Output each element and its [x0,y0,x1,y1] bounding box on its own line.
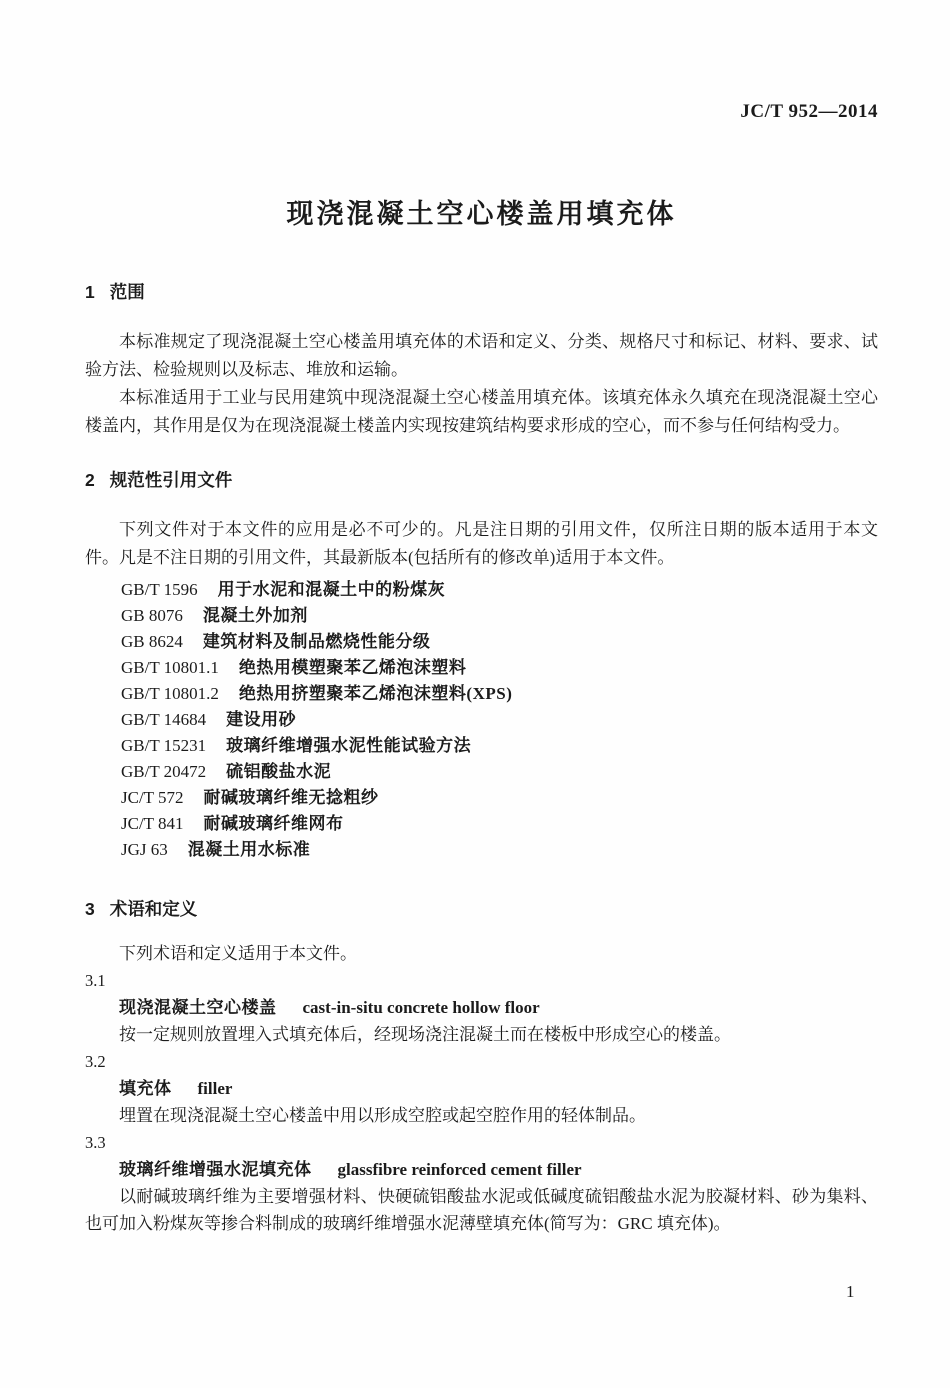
paragraph: 本标准规定了现浇混凝土空心楼盖用填充体的术语和定义、分类、规格尺寸和标记、材料、… [85,328,878,384]
term-zh: 现浇混凝土空心楼盖 [119,998,277,1017]
paragraph: 本标准适用于工业与民用建筑中现浇混凝土空心楼盖用填充体。该填充体永久填充在现浇混… [85,384,878,440]
reference-code: GB/T 20472 [121,762,206,781]
section-terms-definitions: 3术语和定义 下列术语和定义适用于本文件。 3.1 现浇混凝土空心楼盖cast-… [85,899,878,1237]
reference-title: 建设用砂 [226,710,296,729]
section-heading: 1范围 [85,282,878,303]
reference-title: 硫铝酸盐水泥 [226,762,331,781]
terms-intro: 下列术语和定义适用于本文件。 [85,940,878,967]
reference-code: GB 8076 [121,606,183,625]
reference-title: 混凝土用水标准 [188,840,311,859]
term-en: filler [198,1079,233,1098]
reference-title: 绝热用挤塑聚苯乙烯泡沫塑料(XPS) [239,684,512,703]
section-heading-text: 范围 [110,282,145,302]
term-heading: 现浇混凝土空心楼盖cast-in-situ concrete hollow fl… [85,994,878,1021]
reference-code: GB 8624 [121,632,183,651]
term-definition: 按一定规则放置埋入式填充体后，经现场浇注混凝土而在楼板中形成空心的楼盖。 [85,1021,878,1048]
section-heading-text: 术语和定义 [110,899,198,919]
reference-item: GB/T 14684建设用砂 [85,707,878,733]
document-page: JC/T 952—2014 现浇混凝土空心楼盖用填充体 1范围 本标准规定了现浇… [0,0,950,1388]
page-number: 1 [846,1282,855,1302]
term-en: glassfibre reinforced cement filler [338,1160,582,1179]
reference-item: JC/T 572耐碱玻璃纤维无捻粗纱 [85,785,878,811]
paragraph: 下列文件对于本文件的应用是必不可少的。凡是注日期的引用文件，仅所注日期的版本适用… [85,516,878,572]
term-number: 3.1 [85,967,878,994]
reference-item: JGJ 63混凝土用水标准 [85,837,878,863]
reference-item: GB 8076混凝土外加剂 [85,603,878,629]
reference-title: 耐碱玻璃纤维网布 [204,814,344,833]
reference-code: JC/T 572 [121,788,184,807]
reference-title: 用于水泥和混凝土中的粉煤灰 [218,580,446,599]
term-entry: 3.1 现浇混凝土空心楼盖cast-in-situ concrete hollo… [85,967,878,1048]
reference-code: JGJ 63 [121,840,168,859]
term-number: 3.2 [85,1048,878,1075]
reference-item: GB/T 10801.2绝热用挤塑聚苯乙烯泡沫塑料(XPS) [85,681,878,707]
page-content: JC/T 952—2014 现浇混凝土空心楼盖用填充体 1范围 本标准规定了现浇… [0,0,950,1237]
reference-item: GB/T 1596用于水泥和混凝土中的粉煤灰 [85,577,878,603]
section-heading: 3术语和定义 [85,899,878,920]
term-zh: 填充体 [119,1079,172,1098]
section-scope: 1范围 本标准规定了现浇混凝土空心楼盖用填充体的术语和定义、分类、规格尺寸和标记… [85,282,878,440]
reference-item: GB 8624建筑材料及制品燃烧性能分级 [85,629,878,655]
section-number: 1 [85,282,95,302]
standard-code: JC/T 952—2014 [85,0,878,123]
reference-title: 建筑材料及制品燃烧性能分级 [203,632,431,651]
term-en: cast-in-situ concrete hollow floor [303,998,540,1017]
term-number: 3.3 [85,1129,878,1156]
section-heading: 2规范性引用文件 [85,470,878,491]
reference-code: GB/T 10801.1 [121,658,219,677]
reference-code: GB/T 1596 [121,580,198,599]
section-number: 3 [85,899,95,919]
term-definition: 埋置在现浇混凝土空心楼盖中用以形成空腔或起空腔作用的轻体制品。 [85,1102,878,1129]
reference-item: GB/T 15231玻璃纤维增强水泥性能试验方法 [85,733,878,759]
document-title: 现浇混凝土空心楼盖用填充体 [85,195,878,233]
reference-title: 耐碱玻璃纤维无捻粗纱 [204,788,379,807]
reference-list: GB/T 1596用于水泥和混凝土中的粉煤灰 GB 8076混凝土外加剂 GB … [85,577,878,863]
reference-code: JC/T 841 [121,814,184,833]
term-zh: 玻璃纤维增强水泥填充体 [119,1160,312,1179]
reference-title: 绝热用模塑聚苯乙烯泡沫塑料 [239,658,467,677]
reference-item: JC/T 841耐碱玻璃纤维网布 [85,811,878,837]
section-normative-references: 2规范性引用文件 下列文件对于本文件的应用是必不可少的。凡是注日期的引用文件，仅… [85,470,878,863]
reference-code: GB/T 10801.2 [121,684,219,703]
term-entry: 3.2 填充体filler 埋置在现浇混凝土空心楼盖中用以形成空腔或起空腔作用的… [85,1048,878,1129]
term-heading: 填充体filler [85,1075,878,1102]
reference-item: GB/T 10801.1绝热用模塑聚苯乙烯泡沫塑料 [85,655,878,681]
term-entry: 3.3 玻璃纤维增强水泥填充体glassfibre reinforced cem… [85,1129,878,1237]
reference-item: GB/T 20472硫铝酸盐水泥 [85,759,878,785]
term-definition: 以耐碱玻璃纤维为主要增强材料、快硬硫铝酸盐水泥或低碱度硫铝酸盐水泥为胶凝材料、砂… [85,1183,878,1237]
term-heading: 玻璃纤维增强水泥填充体glassfibre reinforced cement … [85,1156,878,1183]
reference-code: GB/T 15231 [121,736,206,755]
section-number: 2 [85,470,95,490]
section-heading-text: 规范性引用文件 [110,470,233,490]
reference-title: 混凝土外加剂 [203,606,308,625]
reference-title: 玻璃纤维增强水泥性能试验方法 [226,736,471,755]
reference-code: GB/T 14684 [121,710,206,729]
